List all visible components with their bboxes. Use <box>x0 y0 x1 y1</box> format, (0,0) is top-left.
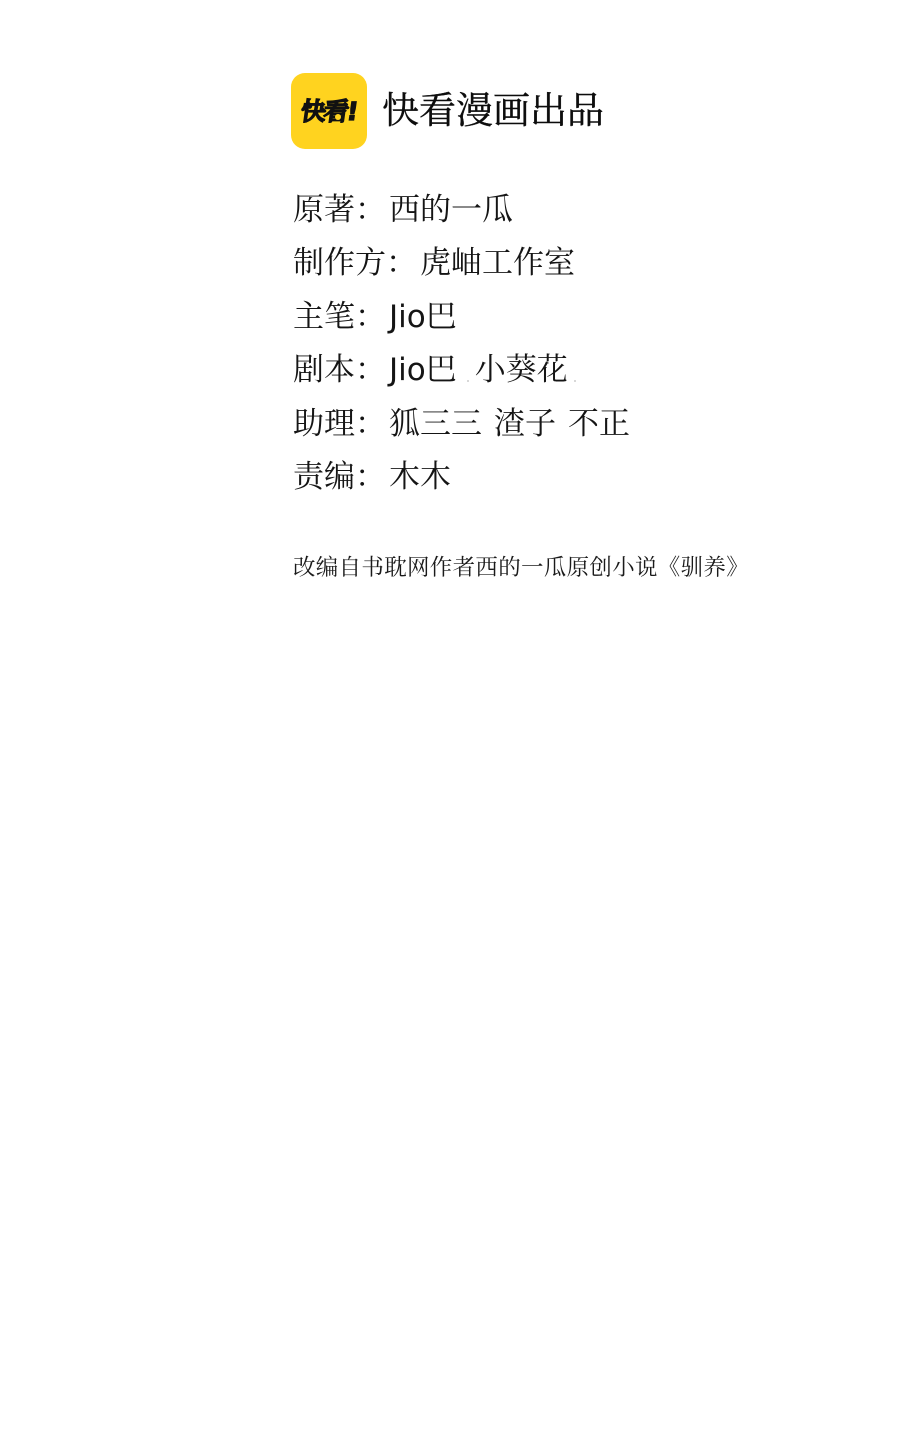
credit-separator: ： <box>355 190 389 230</box>
adaptation-note: 改编自书耽网作者西的一瓜原创小说《驯养》 <box>293 553 749 583</box>
credit-label: 原著 <box>293 190 355 230</box>
credit-row-editor: 责编： 木木 <box>293 451 630 505</box>
credit-label: 剧本 <box>293 350 355 390</box>
credit-name: Jio巴 <box>389 297 457 337</box>
brand-header: 快看! 快看漫画出品 <box>291 73 604 149</box>
credit-row-lead-artist: 主笔： Jio巴 <box>293 290 630 344</box>
logo-eye-dot <box>335 114 341 120</box>
credit-separator: ： <box>355 404 389 444</box>
credit-row-producer: 制作方： 虎岫工作室 <box>293 237 630 291</box>
credit-name: 不正 <box>568 404 630 444</box>
kuaikan-logo-icon: 快看! <box>291 73 367 149</box>
credit-name: Jio巴 <box>389 350 457 390</box>
credit-row-assistants: 助理： 狐三三 渣子 不正 <box>293 397 630 451</box>
credit-separator: ： <box>386 243 420 283</box>
credit-row-script: 剧本： Jio巴 小葵花 <box>293 344 630 398</box>
credit-separator: ： <box>355 297 389 337</box>
credit-label: 责编 <box>293 457 355 497</box>
credit-value: 西的一瓜 <box>389 190 513 230</box>
logo-text: 快看! <box>300 99 359 124</box>
credit-name: 西的一瓜 <box>389 190 513 230</box>
brand-title: 快看漫画出品 <box>382 91 604 131</box>
credit-label: 主笔 <box>293 297 355 337</box>
credit-value: 虎岫工作室 <box>420 243 575 283</box>
credit-name: 小葵花 <box>467 350 576 390</box>
credit-value: Jio巴 <box>389 297 457 337</box>
credit-value: 狐三三 渣子 不正 <box>389 404 630 444</box>
credit-value: Jio巴 小葵花 <box>389 350 576 390</box>
credit-name: 狐三三 <box>389 404 482 444</box>
credit-label: 制作方 <box>293 243 386 283</box>
credit-name: 虎岫工作室 <box>420 243 575 283</box>
credits-list: 原著： 西的一瓜 制作方： 虎岫工作室 主笔： Jio巴 剧本： Jio巴 小葵… <box>293 183 630 504</box>
credit-separator: ： <box>355 457 389 497</box>
credit-value: 木木 <box>389 457 451 497</box>
credit-label: 助理 <box>293 404 355 444</box>
credit-name: 木木 <box>389 457 451 497</box>
credit-separator: ： <box>355 350 389 390</box>
credit-name: 渣子 <box>494 404 556 444</box>
credit-row-original-author: 原著： 西的一瓜 <box>293 183 630 237</box>
